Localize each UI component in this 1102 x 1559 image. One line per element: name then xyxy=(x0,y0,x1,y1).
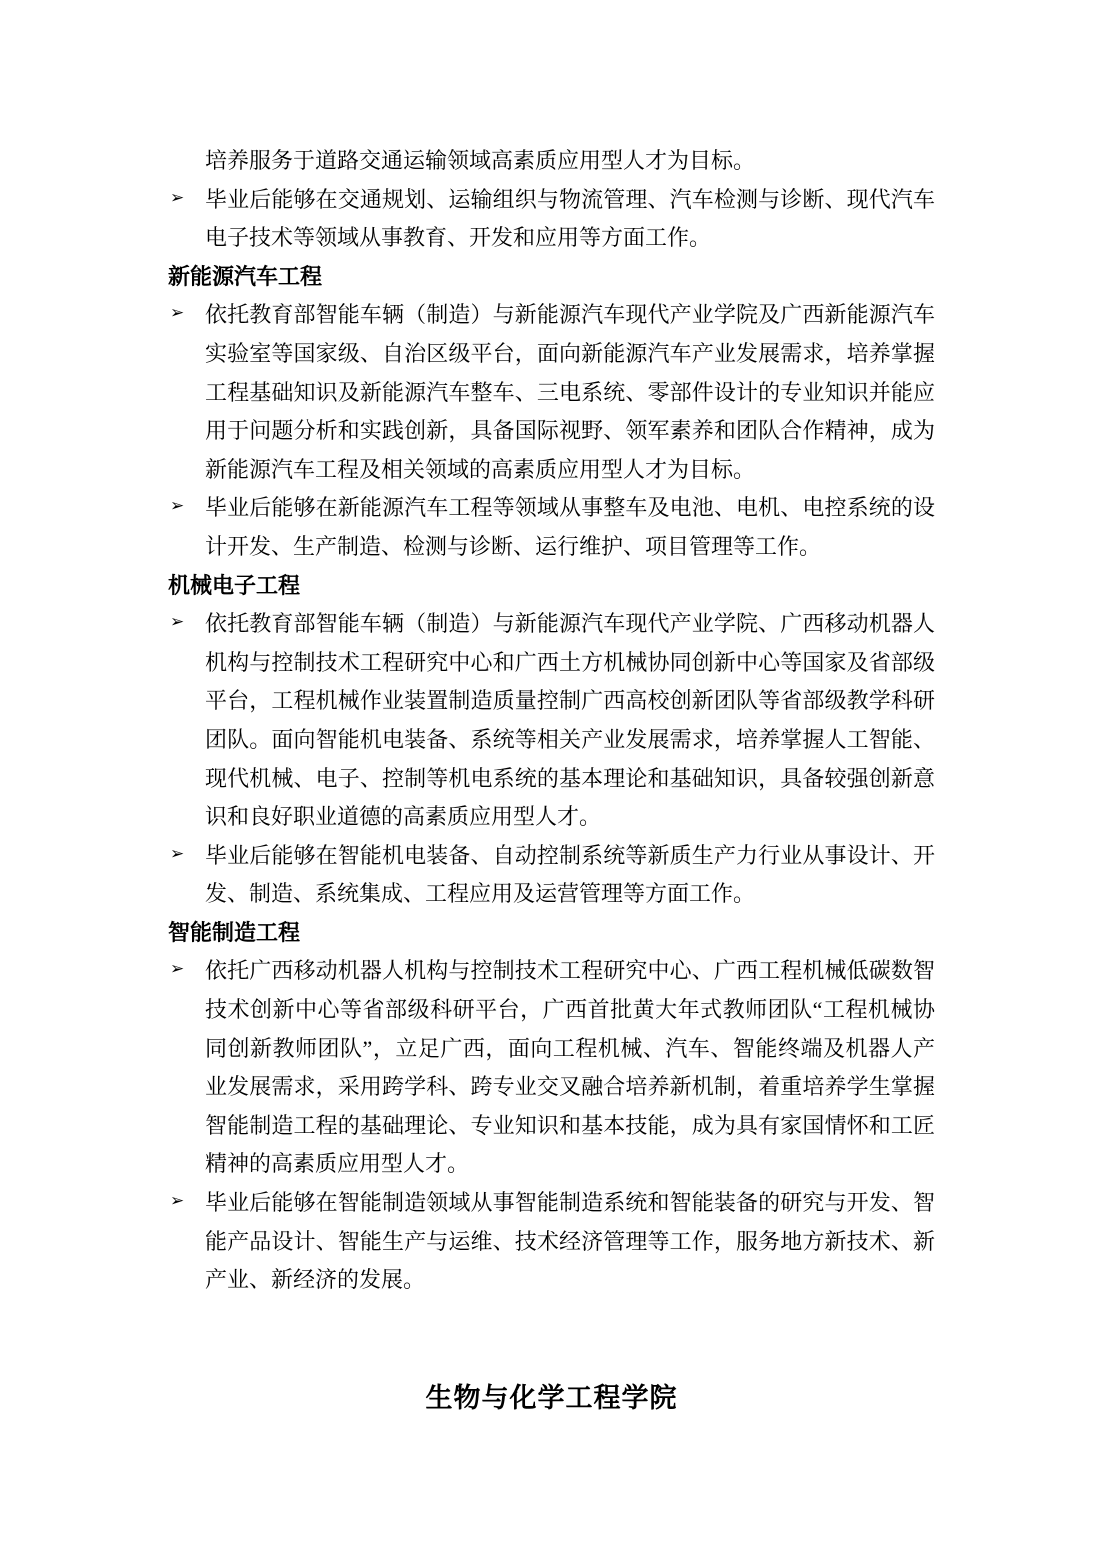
paragraph-bullet: ➢毕业后能够在智能机电装备、自动控制系统等新质生产力行业从事设计、开发、制造、系… xyxy=(168,837,935,914)
paragraph-text: 毕业后能够在新能源汽车工程等领域从事整车及电池、电机、电控系统的设计开发、生产制… xyxy=(205,495,935,559)
bullet-arrow-icon: ➢ xyxy=(170,613,184,630)
paragraph-bullet: ➢依托教育部智能车辆（制造）与新能源汽车现代产业学院、广西移动机器人机构与控制技… xyxy=(168,605,935,837)
paragraph-bullet: ➢毕业后能够在交通规划、运输组织与物流管理、汽车检测与诊断、现代汽车电子技术等领… xyxy=(168,181,935,258)
paragraph-text: 依托教育部智能车辆（制造）与新能源汽车现代产业学院、广西移动机器人机构与控制技术… xyxy=(205,611,935,829)
document-content: 培养服务于道路交通运输领域高素质应用型人才为目标。➢毕业后能够在交通规划、运输组… xyxy=(0,0,1102,1418)
document-page: 培养服务于道路交通运输领域高素质应用型人才为目标。➢毕业后能够在交通规划、运输组… xyxy=(0,0,1102,1559)
bullet-arrow-icon: ➢ xyxy=(170,1192,184,1209)
paragraph-bullet: ➢依托广西移动机器人机构与控制技术工程研究中心、广西工程机械低碳数智技术创新中心… xyxy=(168,952,935,1184)
paragraph-bullet: ➢毕业后能够在智能制造领域从事智能制造系统和智能装备的研究与开发、智能产品设计、… xyxy=(168,1184,935,1300)
section-title: 生物与化学工程学院 xyxy=(168,1378,935,1418)
paragraph-bullet: ➢依托教育部智能车辆（制造）与新能源汽车现代产业学院及广西新能源汽车实验室等国家… xyxy=(168,296,935,489)
paragraph-continuation: 培养服务于道路交通运输领域高素质应用型人才为目标。 xyxy=(168,142,935,181)
program-heading: 智能制造工程 xyxy=(168,914,935,953)
program-heading: 机械电子工程 xyxy=(168,567,935,606)
heading-text: 新能源汽车工程 xyxy=(168,264,322,289)
paragraph-text: 依托广西移动机器人机构与控制技术工程研究中心、广西工程机械低碳数智技术创新中心等… xyxy=(205,958,935,1176)
heading-text: 智能制造工程 xyxy=(168,920,300,945)
paragraph-text: 毕业后能够在智能机电装备、自动控制系统等新质生产力行业从事设计、开发、制造、系统… xyxy=(205,843,935,907)
bullet-arrow-icon: ➢ xyxy=(170,497,184,514)
paragraph-list: 培养服务于道路交通运输领域高素质应用型人才为目标。➢毕业后能够在交通规划、运输组… xyxy=(168,142,935,1300)
bullet-arrow-icon: ➢ xyxy=(170,845,184,862)
paragraph-text: 毕业后能够在交通规划、运输组织与物流管理、汽车检测与诊断、现代汽车电子技术等领域… xyxy=(205,187,935,251)
heading-text: 机械电子工程 xyxy=(168,573,300,598)
paragraph-bullet: ➢毕业后能够在新能源汽车工程等领域从事整车及电池、电机、电控系统的设计开发、生产… xyxy=(168,489,935,566)
paragraph-text: 依托教育部智能车辆（制造）与新能源汽车现代产业学院及广西新能源汽车实验室等国家级… xyxy=(205,302,935,481)
bullet-arrow-icon: ➢ xyxy=(170,189,184,206)
program-heading: 新能源汽车工程 xyxy=(168,258,935,297)
bullet-arrow-icon: ➢ xyxy=(170,304,184,321)
paragraph-text: 培养服务于道路交通运输领域高素质应用型人才为目标。 xyxy=(205,148,755,173)
bullet-arrow-icon: ➢ xyxy=(170,960,184,977)
paragraph-text: 毕业后能够在智能制造领域从事智能制造系统和智能装备的研究与开发、智能产品设计、智… xyxy=(205,1190,935,1292)
